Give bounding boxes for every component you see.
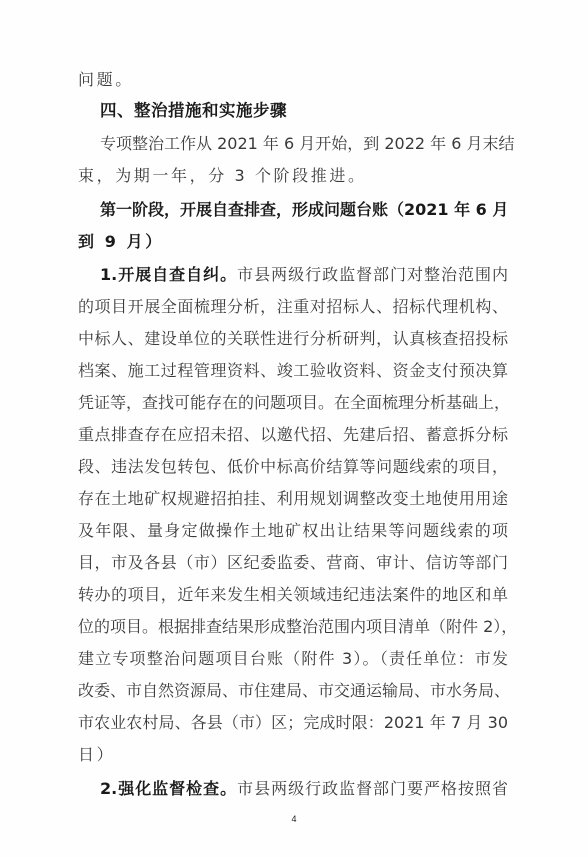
text-line: 问题。 (78, 70, 134, 89)
text-line-content: 凭证等，查找可能存在的问题项目。在全面梳理分析基础上， (78, 393, 510, 412)
text-line-content: 中标人、建设单位的关联性进行分析研判，认真核查招投标 (78, 329, 508, 348)
text-line: 市农业农村局、各县（市）区；完成时限：2021 年 7 月 30 (78, 709, 508, 737)
text-line-content: 市县两级行政监督部门要严格按照省 (237, 779, 508, 798)
text-line: 束，为期一年，分 3 个阶段推进。 (78, 162, 367, 190)
item-2-title: 2.强化监督检查。 (100, 779, 237, 798)
text-line-content: 市县两级行政监督部门对整治范围内 (237, 265, 508, 284)
text-line: 专项整治工作从 2021 年 6 月开始，到 2022 年 6 月末结 (100, 130, 508, 158)
document-page: 问题。 四、整治措施和实施步骤 专项整治工作从 2021 年 6 月开始，到 2… (0, 0, 588, 857)
text-line: 段、违法发包转包、低价中标高价结算等问题线索的项目， (78, 453, 508, 481)
text-line: 档案、施工过程管理资料、竣工验收资料、资金支付预决算 (78, 357, 508, 385)
item-1-line: 1.开展自查自纠。市县两级行政监督部门对整治范围内 (100, 261, 508, 289)
text-line: 的项目开展全面梳理分析，注重对招标人、招标代理机构、 (78, 293, 508, 321)
phase-heading-cont: 到 9 月） (78, 228, 164, 256)
text-line-content: 存在土地矿权规避招拍挂、利用规划调整改变土地使用用途 (78, 489, 508, 508)
text-line: 转办的项目，近年来发生相关领域违纪违法案件的地区和单 (78, 581, 508, 609)
text-line-content: 档案、施工过程管理资料、竣工验收资料、资金支付预决算 (78, 361, 508, 380)
text-line-content: 束，为期一年，分 3 个阶段推进。 (78, 166, 367, 185)
text-line-content: 的项目开展全面梳理分析，注重对招标人、招标代理机构、 (78, 297, 508, 316)
phase-heading-text: 第一阶段，开展自查排查，形成问题台账（2021 年 6 月 (100, 200, 508, 219)
text-line-content: 建立专项整治问题项目台账（附件 3）。（责任单位：市发 (78, 649, 508, 668)
text-line-content: 及年限、量身定做操作土地矿权出让结果等问题线索的项 (78, 521, 508, 540)
text-line-content: 段、违法发包转包、低价中标高价结算等问题线索的项目， (78, 457, 508, 476)
text-line: 重点排查存在应招未招、以邀代招、先建后招、蓄意拆分标 (78, 421, 508, 449)
text-line: 存在土地矿权规避招拍挂、利用规划调整改变土地使用用途 (78, 485, 508, 513)
phase-heading: 第一阶段，开展自查排查，形成问题台账（2021 年 6 月 (100, 196, 508, 224)
text-line: 及年限、量身定做操作土地矿权出让结果等问题线索的项 (78, 517, 508, 545)
text-line: 改委、市自然资源局、市住建局、市交通运输局、市水务局、 (78, 677, 508, 705)
text-line: 凭证等，查找可能存在的问题项目。在全面梳理分析基础上， (78, 389, 508, 417)
item-2-line: 2.强化监督检查。市县两级行政监督部门要严格按照省 (100, 775, 508, 803)
text-line-content: 重点排查存在应招未招、以邀代招、先建后招、蓄意拆分标 (78, 425, 508, 444)
text-line-content: 位的项目。根据排查结果形成整治范围内项目清单（附件 2）， (78, 617, 517, 636)
phase-heading-text: 到 9 月） (78, 232, 164, 251)
item-1-title: 1.开展自查自纠。 (100, 265, 237, 284)
text-line: 位的项目。根据排查结果形成整治范围内项目清单（附件 2）， (78, 613, 508, 641)
text-line-content: 转办的项目，近年来发生相关领域违纪违法案件的地区和单 (78, 585, 508, 604)
text-line-content: 日） (78, 745, 115, 764)
page-number: 4 (0, 814, 588, 824)
text-line-content: 改委、市自然资源局、市住建局、市交通运输局、市水务局、 (78, 681, 510, 700)
section-heading-text: 四、整治措施和实施步骤 (100, 101, 287, 120)
text-line-content: 目，市及各县（市）区纪委监委、营商、审计、信访等部门 (78, 553, 508, 572)
text-line: 建立专项整治问题项目台账（附件 3）。（责任单位：市发 (78, 645, 508, 673)
text-line-content: 专项整治工作从 2021 年 6 月开始，到 2022 年 6 月末结 (100, 134, 515, 153)
text-line: 中标人、建设单位的关联性进行分析研判，认真核查招投标 (78, 325, 508, 353)
text-line: 目，市及各县（市）区纪委监委、营商、审计、信访等部门 (78, 549, 508, 577)
paragraph-tail: 问题。 (78, 66, 134, 94)
text-line-content: 市农业农村局、各县（市）区；完成时限：2021 年 7 月 30 (78, 713, 508, 732)
text-line: 日） (78, 741, 115, 769)
section-heading: 四、整治措施和实施步骤 (100, 97, 287, 125)
